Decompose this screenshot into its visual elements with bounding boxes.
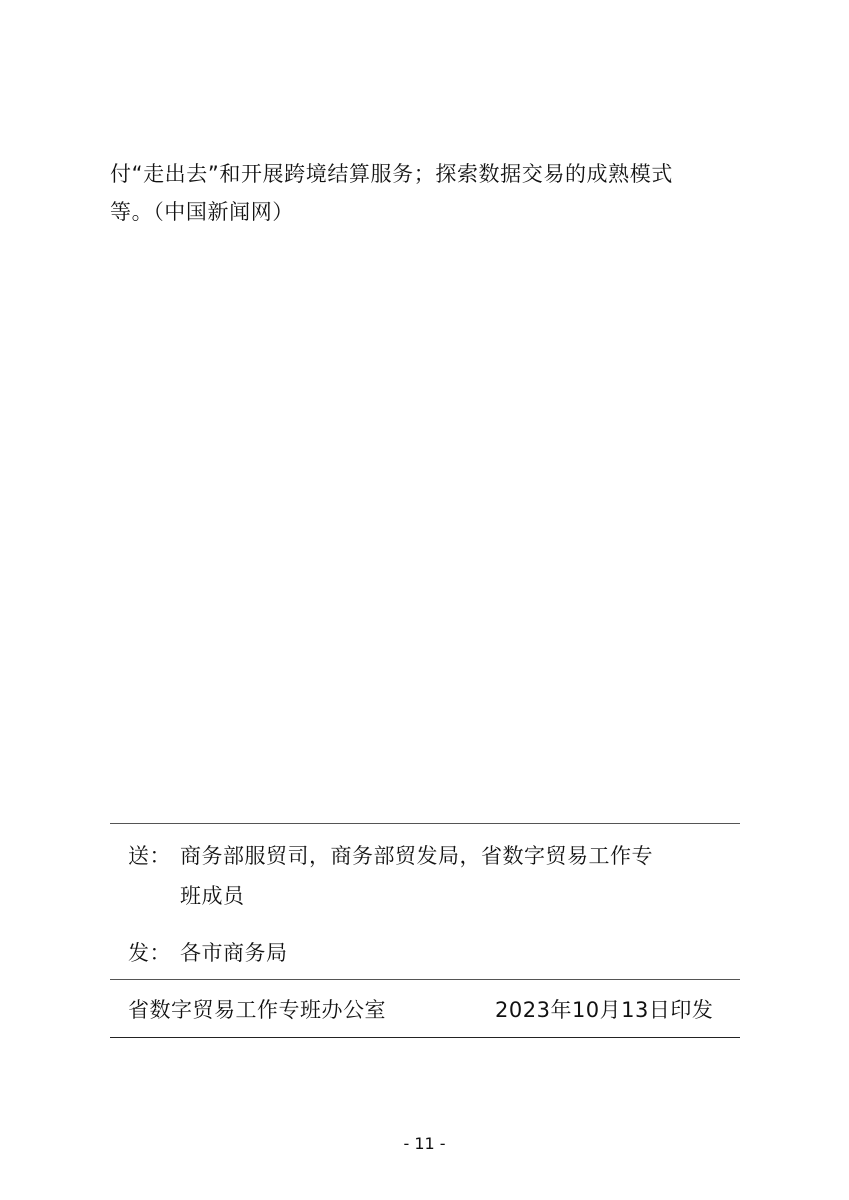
issue-label: 发： [128,937,171,967]
body-line-2: 等。（中国新闻网） [110,193,750,231]
send-recipients-line-1: 商务部服贸司，商务部贸发局，省数字贸易工作专 [180,840,653,870]
divider-top [110,823,740,824]
issue-date: 2023年10月13日印发 [495,994,713,1024]
issuer-name: 省数字贸易工作专班办公室 [128,994,386,1024]
divider-bottom [110,1037,740,1038]
issue-recipients: 各市商务局 [180,937,288,967]
divider-middle [110,979,740,980]
body-line-1: 付“走出去”和开展跨境结算服务；探索数据交易的成熟模式 [110,155,750,193]
send-recipients-line-2: 班成员 [180,880,245,910]
send-label: 送： [128,840,171,870]
page-number: - 11 - [0,1134,849,1153]
